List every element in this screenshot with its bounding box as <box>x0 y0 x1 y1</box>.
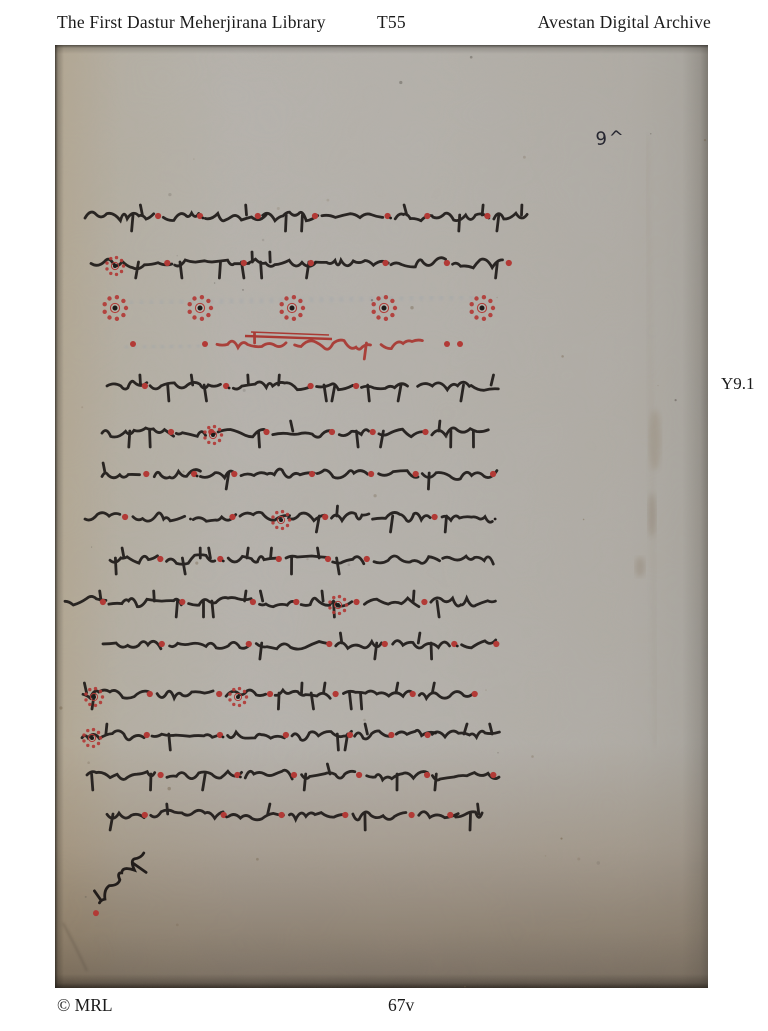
red-separator-dot <box>147 691 153 697</box>
paper-speck <box>583 519 585 521</box>
red-separator-dot <box>216 691 222 697</box>
red-separator-dot <box>347 732 353 738</box>
paper-speck <box>177 255 178 256</box>
red-separator-dot <box>432 514 438 520</box>
paper-speck <box>243 389 246 392</box>
footer-folio-label: 67v <box>388 995 414 1016</box>
red-separator-dot <box>130 341 136 347</box>
red-separator-dot <box>250 599 256 605</box>
red-separator-dot <box>144 732 150 738</box>
red-separator-dot <box>325 556 331 562</box>
paper-speck <box>176 924 179 927</box>
red-separator-dot <box>179 599 185 605</box>
red-separator-dot <box>444 260 450 266</box>
red-separator-dot <box>293 599 299 605</box>
red-separator-dot <box>333 691 339 697</box>
red-separator-dot <box>255 213 261 219</box>
paper-speck <box>87 761 90 764</box>
paper-speck <box>445 435 448 438</box>
paper-speck <box>326 199 329 202</box>
red-separator-dot <box>122 514 128 520</box>
archive-page: The First Dastur Meherjirana Library T55… <box>0 0 768 1031</box>
paper-speck <box>371 299 373 301</box>
red-separator-dot <box>143 471 149 477</box>
paper-speck <box>167 787 170 790</box>
red-separator-dot <box>353 383 359 389</box>
paper-speck <box>363 719 366 722</box>
red-separator-dot <box>424 213 430 219</box>
red-separator-dot <box>202 341 208 347</box>
red-separator-dot <box>342 812 348 818</box>
paper-speck <box>262 239 265 242</box>
red-separator-dot <box>410 691 416 697</box>
red-separator-dot <box>364 556 370 562</box>
paper-speck <box>577 858 580 861</box>
paper-speck <box>410 306 413 309</box>
red-separator-dot <box>326 641 332 647</box>
red-separator-dot <box>382 260 388 266</box>
red-separator-dot <box>157 556 163 562</box>
footer-copyright: © MRL <box>57 995 113 1016</box>
red-separator-dot <box>241 260 247 266</box>
red-separator-dot <box>229 514 235 520</box>
red-separator-dot <box>267 691 273 697</box>
header-archive-name: Avestan Digital Archive <box>538 12 711 33</box>
paper-speck <box>485 689 487 691</box>
red-separator-dot <box>164 260 170 266</box>
manuscript-photo: 9^ <box>55 45 708 988</box>
red-separator-dot <box>231 471 237 477</box>
paper-speck <box>470 56 473 59</box>
paper-speck <box>277 207 280 210</box>
paper-speck <box>658 981 659 982</box>
paper-speck <box>81 406 83 408</box>
red-separator-dot <box>370 429 376 435</box>
red-separator-dot <box>472 691 478 697</box>
paper-speck <box>545 855 547 857</box>
paper-speck <box>193 159 194 160</box>
red-separator-dot <box>368 471 374 477</box>
paper-speck <box>168 193 171 196</box>
red-separator-dot <box>493 641 499 647</box>
red-separator-dot <box>506 260 512 266</box>
header-library-name: The First Dastur Meherjirana Library <box>57 12 326 33</box>
paper-speck <box>497 752 498 753</box>
red-separator-dot <box>356 772 362 778</box>
paper-speck <box>214 282 216 284</box>
paper-speck <box>256 858 259 861</box>
header-manuscript-id: T55 <box>377 12 406 33</box>
red-separator-dot <box>329 429 335 435</box>
red-separator-dot <box>444 341 450 347</box>
red-separator-dot <box>308 383 314 389</box>
paper-speck <box>675 399 677 401</box>
red-separator-dot <box>308 260 314 266</box>
red-separator-dot <box>283 732 289 738</box>
paper-speck <box>657 385 658 386</box>
red-separator-dot <box>422 429 428 435</box>
paper-speck <box>195 562 198 565</box>
manuscript-rendering: 9^ <box>55 45 708 988</box>
paper-speck <box>560 838 562 840</box>
red-separator-dot <box>322 514 328 520</box>
red-separator-dot <box>447 812 453 818</box>
red-separator-dot <box>312 213 318 219</box>
red-separator-dot <box>246 641 252 647</box>
paper-speck <box>464 986 466 988</box>
red-separator-dot <box>142 812 148 818</box>
paper-speck <box>496 297 497 298</box>
red-separator-dot <box>276 556 282 562</box>
paper-grain-texture <box>55 45 708 988</box>
red-separator-dot <box>100 599 106 605</box>
red-separator-dot <box>421 599 427 605</box>
red-separator-dot <box>388 732 394 738</box>
red-separator-dot <box>484 213 490 219</box>
paper-speck <box>399 81 402 84</box>
paper-speck <box>242 289 244 291</box>
paper-speck <box>373 494 376 497</box>
paper-speck <box>531 755 534 758</box>
red-separator-dot <box>353 599 359 605</box>
paper-speck <box>91 547 92 548</box>
red-separator-dot <box>425 732 431 738</box>
paper-speck <box>490 971 491 972</box>
red-separator-dot <box>279 812 285 818</box>
paper-speck <box>306 558 308 560</box>
red-separator-dot <box>490 772 496 778</box>
paper-speck <box>523 156 526 159</box>
red-separator-dot <box>159 641 165 647</box>
red-separator-dot <box>424 772 430 778</box>
red-separator-dot <box>413 471 419 477</box>
red-separator-dot <box>263 429 269 435</box>
red-separator-dot <box>158 772 164 778</box>
red-separator-dot <box>382 641 388 647</box>
paper-speck <box>650 133 651 134</box>
paper-speck <box>561 355 564 358</box>
paper-speck <box>85 896 87 898</box>
paper-speck <box>704 139 706 141</box>
red-separator-dot <box>291 772 297 778</box>
red-separator-dot <box>168 429 174 435</box>
folio-number-mark: 9^ <box>595 127 627 150</box>
red-separator-dot <box>457 341 463 347</box>
paper-speck <box>59 706 62 709</box>
margin-reference-label: Y9.1 <box>721 374 755 394</box>
red-separator-dot <box>409 812 415 818</box>
red-separator-dot <box>309 471 315 477</box>
red-separator-dot <box>155 213 161 219</box>
paper-speck <box>183 471 185 473</box>
red-separator-dot <box>490 471 496 477</box>
red-separator-dot <box>142 383 148 389</box>
paper-speck <box>348 563 351 566</box>
paper-speck <box>597 861 600 864</box>
